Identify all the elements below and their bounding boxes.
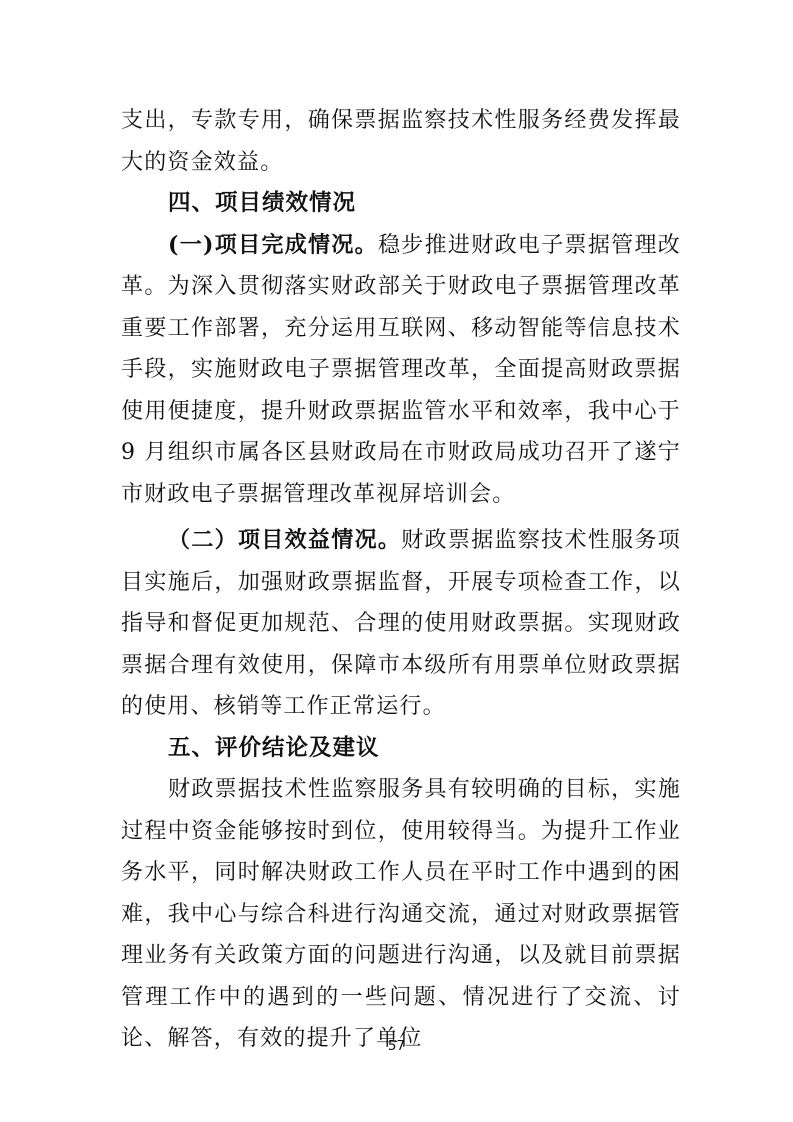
paragraph-project-benefit: （二）项目效益情况。财政票据监察技术性服务项目实施后，加强财政票据监督，开展专项… (121, 520, 681, 728)
document-page: 支出，专款专用，确保票据监察技术性服务经费发挥最大的资金效益。 四、项目绩效情况… (0, 0, 793, 1122)
section-heading-4: 四、项目绩效情况 (121, 183, 681, 225)
paragraph-benefit-lead: （二）项目效益情况。 (168, 527, 401, 553)
paragraph-continuation: 支出，专款专用，确保票据监察技术性服务经费发挥最大的资金效益。 (121, 100, 681, 183)
paragraph-benefit-body: 财政票据监察技术性服务项目实施后，加强财政票据监督，开展专项检查工作，以指导和督… (121, 528, 681, 719)
paragraph-project-completion: (一)项目完成情况。稳步推进财政电子票据管理改革。为深入贯彻落实财政部关于财政电… (121, 225, 681, 516)
section-heading-5: 五、评价结论及建议 (121, 728, 681, 770)
document-body: 支出，专款专用，确保票据监察技术性服务经费发挥最大的资金效益。 四、项目绩效情况… (121, 100, 681, 1060)
paragraph-conclusion: 财政票据技术性监察服务具有较明确的目标，实施过程中资金能够按时到位，使用较得当。… (121, 769, 681, 1060)
page-footer: 57 (0, 1035, 793, 1054)
paragraph-completion-body: 稳步推进财政电子票据管理改革。为深入贯彻落实财政部关于财政电子票据管理改革重要工… (121, 233, 681, 507)
page-number: 57 (388, 1038, 405, 1054)
paragraph-completion-lead: (一)项目完成情况。 (168, 232, 378, 258)
